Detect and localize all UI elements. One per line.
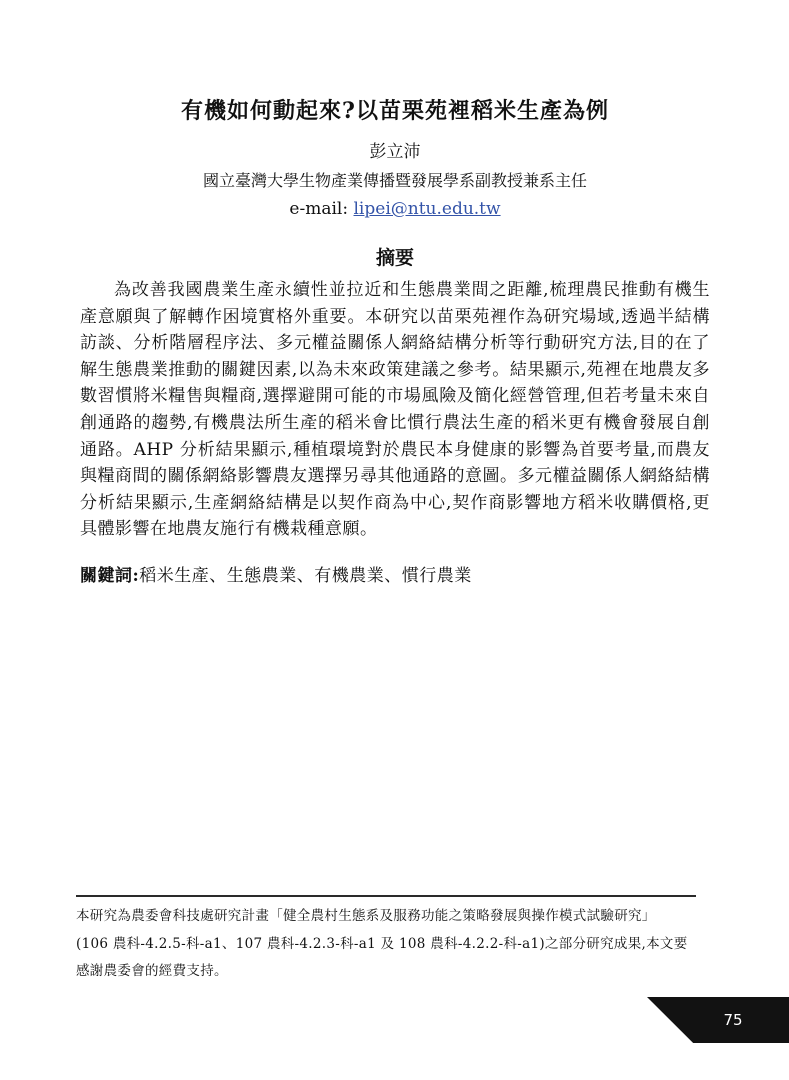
footnote: 本研究為農委會科技處研究計畫「健全農村生態系及服務功能之策略發展與操作模式試驗研… (76, 895, 721, 986)
email-label: e-mail: (289, 199, 348, 219)
keywords-line: 關鍵詞:稻米生產、生態農業、有機農業、慣行農業 (80, 564, 710, 588)
page-number: 75 (723, 1011, 742, 1029)
author-affiliation: 國立臺灣大學生物產業傳播暨發展學系副教授兼系主任 (80, 171, 710, 191)
author-name: 彭立沛 (80, 141, 710, 163)
page-number-badge: 75 (647, 997, 789, 1043)
footnote-line: (106 農科-4.2.5-科-a1、107 農科-4.2.3-科-a1 及 1… (76, 931, 721, 959)
footnote-text: 本研究為農委會科技處研究計畫「健全農村生態系及服務功能之策略發展與操作模式試驗研… (76, 903, 721, 986)
abstract-heading: 摘要 (80, 246, 710, 270)
document-page: 有機如何動起來?以苗栗苑裡稻米生產為例 彭立沛 國立臺灣大學生物產業傳播暨發展學… (0, 0, 789, 1080)
footnote-separator-line (76, 895, 696, 897)
email-line: e-mail: lipei@ntu.edu.tw (80, 198, 710, 220)
keywords-label: 關鍵詞: (80, 566, 139, 586)
keywords-text: 稻米生產、生態農業、有機農業、慣行農業 (139, 566, 472, 586)
footnote-line: 感謝農委會的經費支持。 (76, 958, 721, 986)
abstract-text: 為改善我國農業生產永續性並拉近和生態農業間之距離,梳理農民推動有機生產意願與了解… (80, 277, 710, 543)
footnote-line: 本研究為農委會科技處研究計畫「健全農村生態系及服務功能之策略發展與操作模式試驗研… (76, 903, 721, 931)
email-link[interactable]: lipei@ntu.edu.tw (354, 199, 501, 219)
page-title: 有機如何動起來?以苗栗苑裡稻米生產為例 (80, 96, 710, 126)
